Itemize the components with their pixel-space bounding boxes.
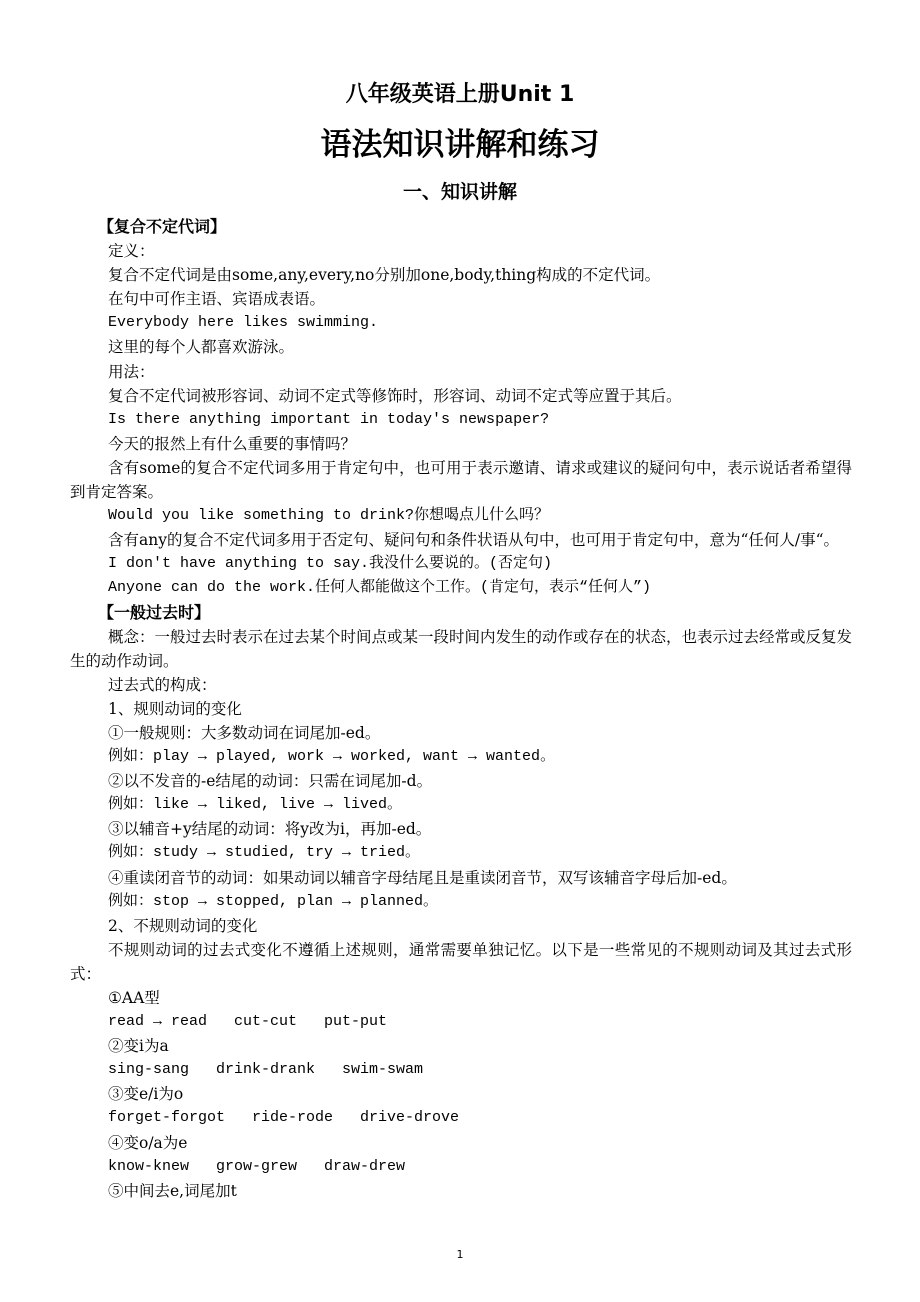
paragraph-wrapped: 不规则动词的过去式变化不遵循上述规则，通常需要单独记忆。以下是一些常见的不规则动… <box>70 938 852 986</box>
paragraph-line: 定义： <box>70 239 852 263</box>
example-line: 例如：stop → stopped, plan → planned。 <box>70 890 852 914</box>
translation-line: 这里的每个人都喜欢游泳。 <box>70 335 852 359</box>
rule-line: ③变e/i为o <box>70 1082 852 1106</box>
subheading-line: 2、不规则动词的变化 <box>70 914 852 938</box>
rule-line: ①一般规则：大多数动词在词尾加-ed。 <box>70 721 852 745</box>
example-line: read → read cut-cut put-put <box>70 1010 852 1034</box>
subheading-line: 1、规则动词的变化 <box>70 697 852 721</box>
example-line: sing-sang drink-drank swim-swam <box>70 1058 852 1082</box>
rule-line: ③以辅音+y结尾的动词：将y改为i，再加-ed。 <box>70 817 852 841</box>
rule-line: ①AA型 <box>70 986 852 1010</box>
paragraph-line: 用法： <box>70 360 852 384</box>
paragraph-line: 在句中可作主语、宾语成表语。 <box>70 287 852 311</box>
paragraph-wrapped: 概念：一般过去时表示在过去某个时间点或某一段时间内发生的动作或存在的状态，也表示… <box>70 625 852 673</box>
rule-line: ②变i为a <box>70 1034 852 1058</box>
rule-line: ②以不发音的-e结尾的动词：只需在词尾加-d。 <box>70 769 852 793</box>
document-title: 语法知识讲解和练习 <box>0 124 920 166</box>
example-sentence: Anyone can do the work.任何人都能做这个工作。(肯定句，表… <box>70 576 852 600</box>
section-heading-compound-pronouns: 【复合不定代词】 <box>70 215 852 239</box>
example-sentence: Is there anything important in today's n… <box>70 408 852 432</box>
paragraph-line: 复合不定代词是由some,any,every,no分别加one,body,thi… <box>70 263 852 287</box>
example-line: 例如：study → studied, try → tried。 <box>70 841 852 865</box>
section-title: 一、知识讲解 <box>0 178 920 206</box>
rule-line: ④重读闭音节的动词：如果动词以辅音字母结尾且是重读闭音节，双写该辅音字母后加-e… <box>70 866 852 890</box>
page-number: 1 <box>0 1248 920 1261</box>
rule-line: ④变o/a为e <box>70 1131 852 1155</box>
section-heading-simple-past: 【一般过去时】 <box>70 601 852 625</box>
paragraph-wrapped: 含有any的复合不定代词多用于否定句、疑问句和条件状语从句中，也可用于肯定句中，… <box>70 528 852 552</box>
example-line: 例如：play → played, work → worked, want → … <box>70 745 852 769</box>
rule-line: ⑤中间去e,词尾加t <box>70 1179 852 1203</box>
paragraph-line: 过去式的构成： <box>70 673 852 697</box>
document-subtitle: 八年级英语上册Unit 1 <box>0 80 920 110</box>
paragraph-wrapped: 含有some的复合不定代词多用于肯定句中，也可用于表示邀请、请求或建议的疑问句中… <box>70 456 852 504</box>
document-page: 八年级英语上册Unit 1 语法知识讲解和练习 一、知识讲解 【复合不定代词】 … <box>0 0 920 1302</box>
example-line: know-knew grow-grew draw-drew <box>70 1155 852 1179</box>
translation-line: 今天的报然上有什么重要的事情吗？ <box>70 432 852 456</box>
example-sentence: Would you like something to drink?你想喝点儿什… <box>70 504 852 528</box>
paragraph-line: 复合不定代词被形容词、动词不定式等修饰时，形容词、动词不定式等应置于其后。 <box>70 384 852 408</box>
example-sentence: I don't have anything to say.我没什么要说的。(否定… <box>70 552 852 576</box>
example-sentence: Everybody here likes swimming. <box>70 311 852 335</box>
example-line: 例如：like → liked, live → lived。 <box>70 793 852 817</box>
example-line: forget-forgot ride-rode drive-drove <box>70 1106 852 1130</box>
document-body: 【复合不定代词】 定义： 复合不定代词是由some,any,every,no分别… <box>70 215 852 1203</box>
